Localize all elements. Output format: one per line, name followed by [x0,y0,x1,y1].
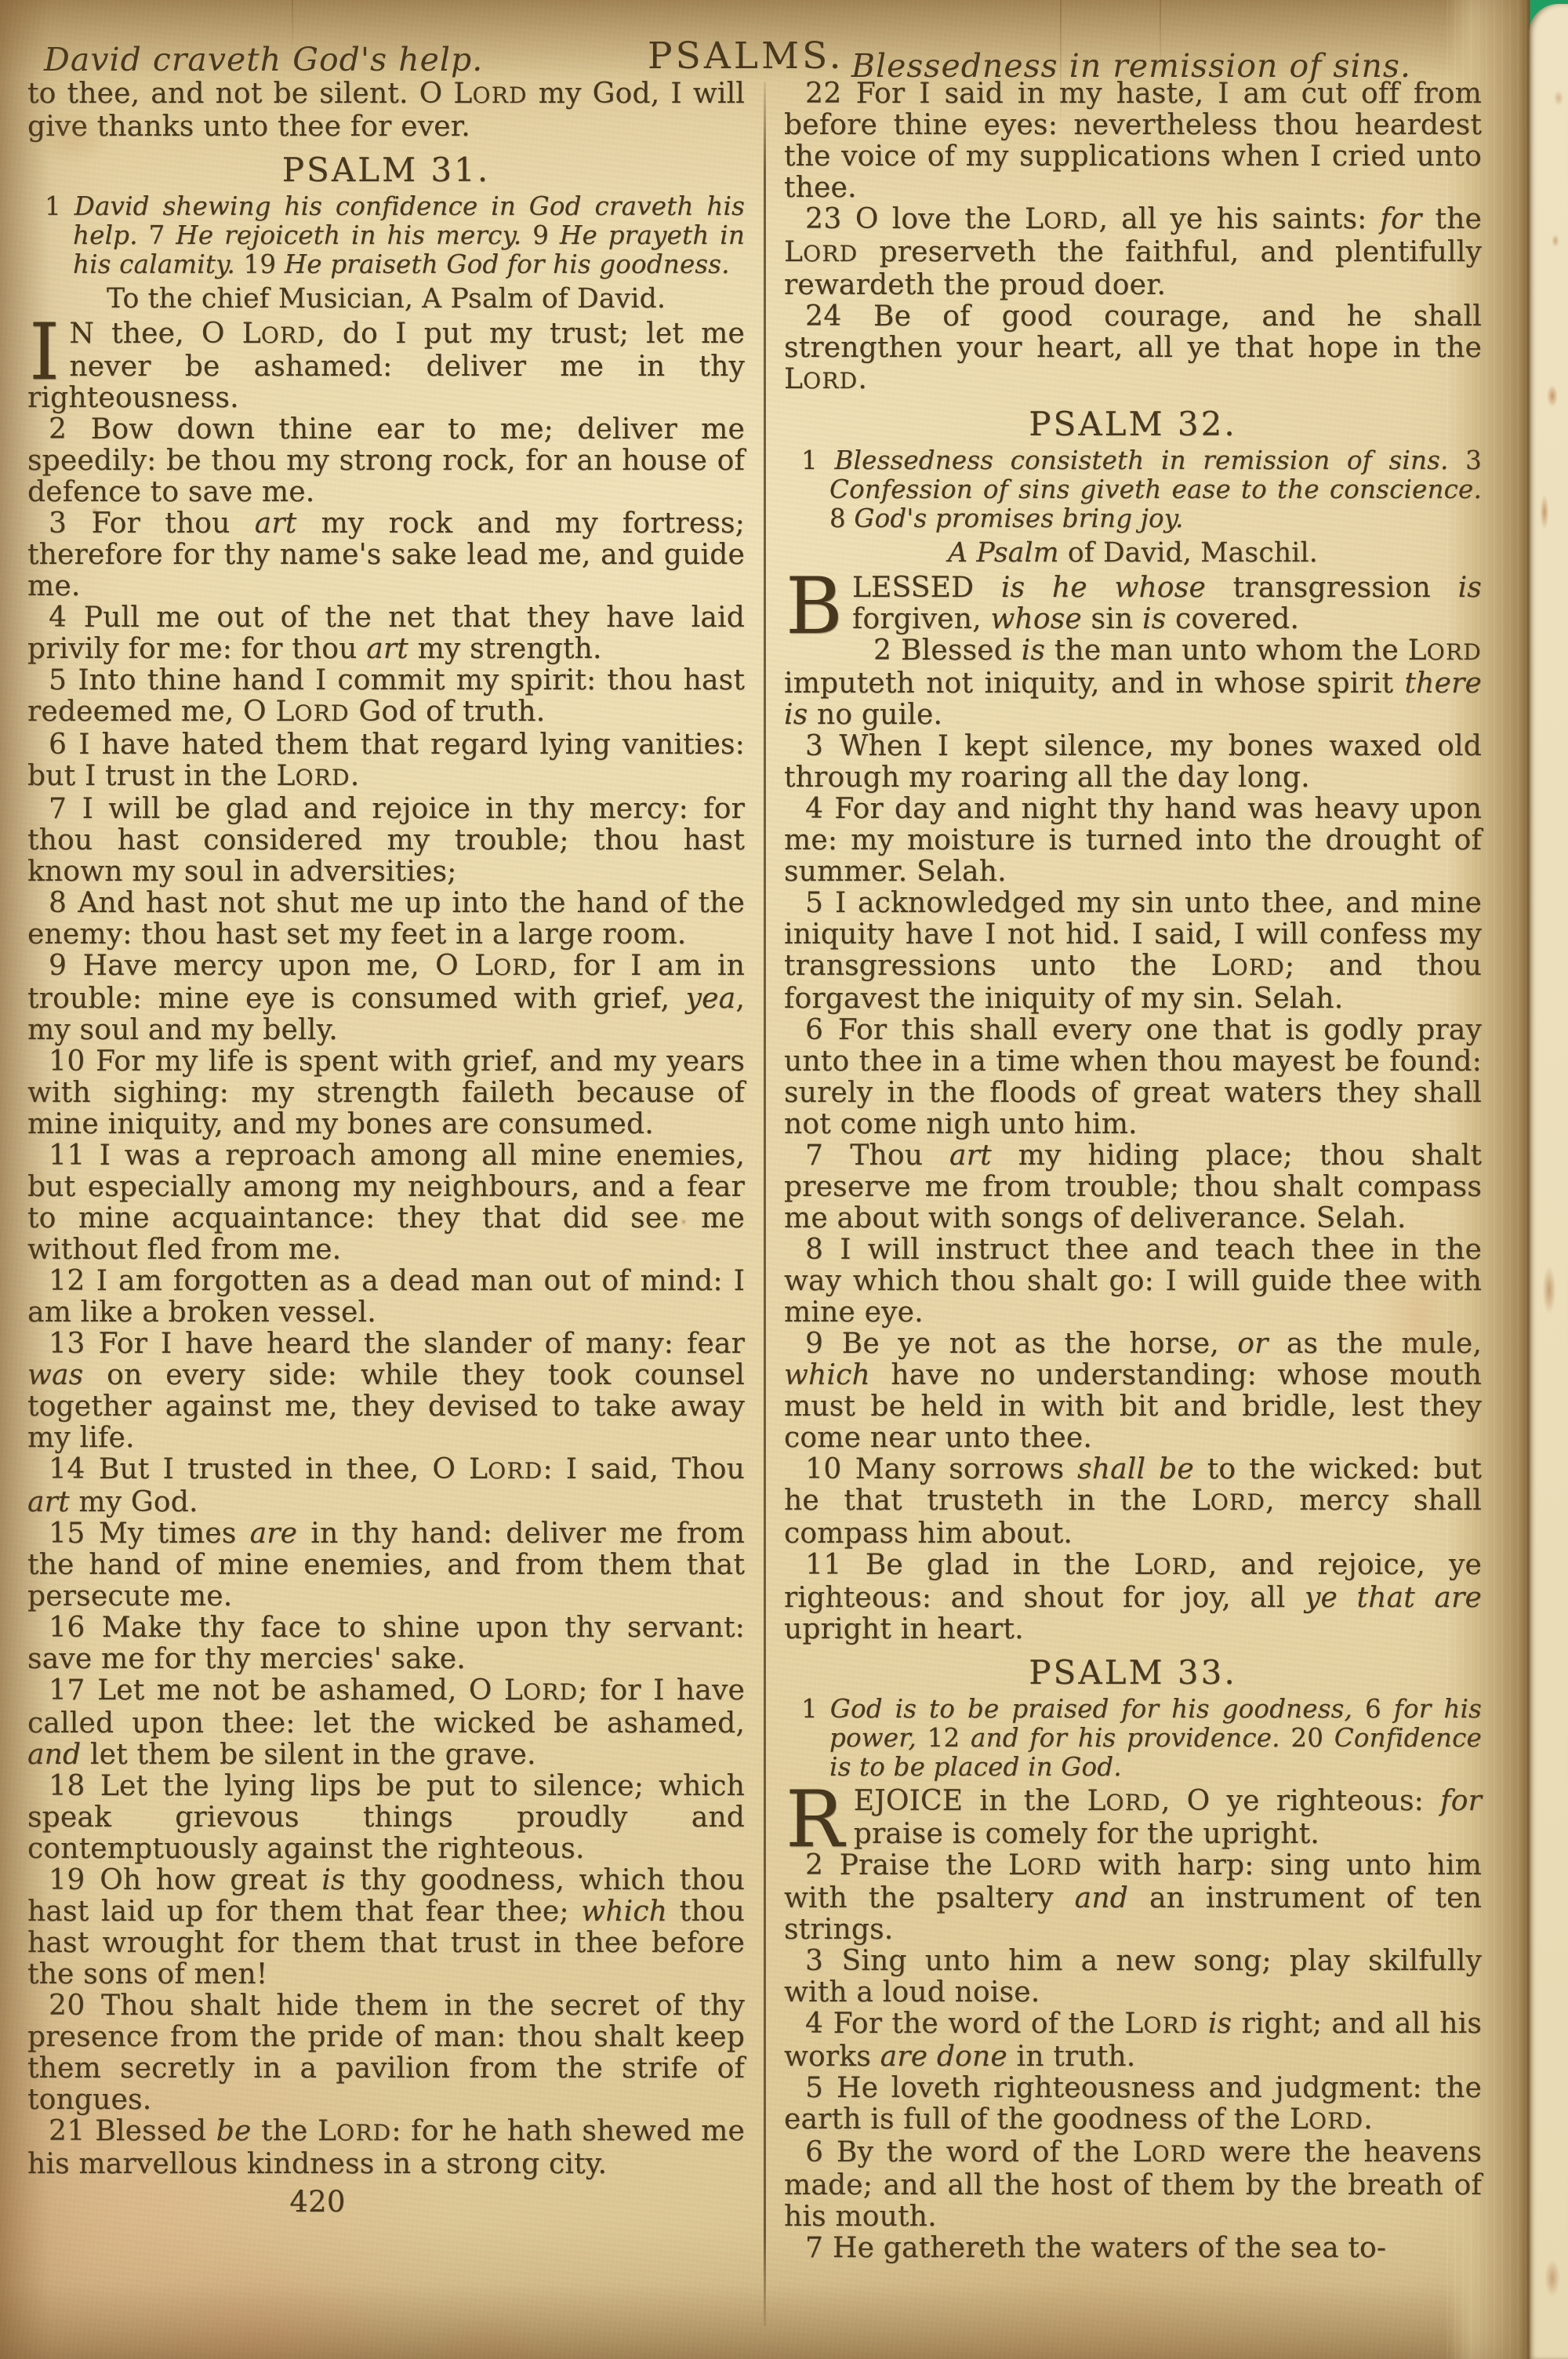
chapter-summary: 1 David shewing his confidence in God cr… [27,192,745,279]
right-column: 22 For I said in my haste, I am cut off … [784,78,1482,2264]
psalm-inscription: A Psalm of David, Maschil. [784,537,1482,569]
small-caps-lord: ORD [803,368,858,394]
verse-number: 7 [805,2232,823,2264]
small-caps-lord: ORD [1427,639,1482,665]
verse: 11 Be glad in the LORD, and rejoice, ye … [784,1550,1482,1645]
verse-number: 19 [49,1864,85,1896]
psalm-inscription: To the chief Musician, A Psalm of David. [27,283,745,314]
small-caps-lord: ORD [1106,1790,1161,1816]
verse-number: 9 [805,1328,823,1360]
verse-number: 24 [805,300,842,333]
verse: 8 I will instruct thee and teach thee in… [784,1234,1482,1329]
verse: 18 Let the lying lips be put to silence;… [27,1771,745,1865]
verse-number: 8 [49,887,67,919]
paper-crease [292,0,293,50]
psalm-heading: PSALM 33. [784,1655,1482,1691]
verse-number: 10 [805,1453,842,1485]
verse-number: 9 [49,950,67,982]
running-head-left: David craveth God's help. [44,41,483,78]
verse-number: 14 [49,1453,85,1485]
small-caps-lord: ORD [261,322,316,348]
verse: 2 Praise the LORD with harp: sing unto h… [784,1850,1482,1946]
verse-number: 3 [805,730,823,762]
verse: 5 I acknowledged my sin unto thee, and m… [784,888,1482,1015]
verse-with-drop-cap: REJOICE in the LORD, O ye righteous: for… [784,1786,1482,1850]
column-divider [764,82,766,2326]
small-caps-lord: ORD [1210,1489,1265,1515]
verse-number: 15 [49,1518,85,1550]
small-caps-lord: ORD [488,1458,543,1484]
verse-number: 11 [805,1549,842,1581]
verse: 12 I am forgotten as a dead man out of m… [27,1266,745,1329]
verse: 5 Into thine hand I commit my spirit: th… [27,665,745,729]
verse: 22 For I said in my haste, I am cut off … [784,78,1482,204]
verse-number: 5 [49,664,67,696]
verse: 17 Let me not be ashamed, O LORD; for I … [27,1675,745,1771]
verse-number: 16 [49,1612,85,1644]
verse-number: 22 [805,78,842,110]
verse: 24 Be of good courage, and he shall stre… [784,301,1482,397]
verse: 14 But I trusted in thee, O LORD: I said… [27,1454,745,1518]
verse-number: 7 [49,793,67,825]
small-caps-lord: ORD [1143,2012,1198,2038]
verse: 4 For day and night thy hand was heavy u… [784,794,1482,888]
verse-number: 12 [49,1265,85,1297]
verse-number: 3 [49,507,67,540]
small-caps-lord: ORD [1044,208,1098,234]
small-caps-lord: ORD [1152,1554,1207,1579]
verse-number: 18 [49,1770,85,1802]
left-column: to thee, and not be silent. O LORD my Go… [27,78,745,2218]
verse: 5 He loveth righteousness and judgment: … [784,2073,1482,2137]
verse-number: 7 [805,1140,823,1172]
verse: 15 My times are in thy hand: deliver me … [27,1518,745,1612]
drop-cap: B [784,572,852,637]
psalm-heading: PSALM 31. [27,152,745,188]
verse: 2 Blessed is the man unto whom the LORD … [784,635,1482,731]
small-caps-lord: ORD [803,241,858,267]
next-page-edge [1529,4,1568,2359]
small-caps-lord: ORD [1152,2141,1207,2167]
verse: 2 Bow down thine ear to me; deliver me s… [27,414,745,508]
verse: 19 Oh how great is thy goodness, which t… [27,1865,745,1990]
verse: 16 Make thy face to shine upon thy serva… [27,1612,745,1675]
verse: 3 For thou art my rock and my fortress; … [27,508,745,602]
verse-continuation: to thee, and not be silent. O LORD my Go… [27,78,745,143]
chapter-summary: 1 Blessedness consisteth in remission of… [784,446,1482,533]
verse-number: 23 [805,203,842,235]
psalm-heading: PSALM 32. [784,406,1482,442]
verse: 21 Blessed be the LORD: for he hath shew… [27,2116,745,2180]
chapter-summary: 1 God is to be praised for his goodness,… [784,1695,1482,1782]
verse: 23 O love the LORD, all ye his saints: f… [784,204,1482,301]
verse-number: 4 [49,602,67,634]
verse: 4 For the word of the LORD is right; and… [784,2008,1482,2073]
verse-number: 10 [49,1045,85,1078]
verse: 20 Thou shalt hide them in the secret of… [27,1990,745,2116]
small-caps-lord: ORD [493,954,548,980]
verse: 7 Thou art my hiding place; thou shalt p… [784,1140,1482,1234]
verse-number: 21 [49,2115,85,2147]
verse: 8 And hast not shut me up into the hand … [27,888,745,951]
verse-with-drop-cap: BLESSED is he whose transgression is for… [784,572,1482,635]
page-number: 420 [27,2186,745,2218]
verse-number: 4 [805,793,823,825]
verse-number: 5 [805,2072,823,2104]
small-caps-lord: ORD [472,82,527,108]
verse-number: 2 [49,413,67,445]
verse: 10 For my life is spent with grief, and … [27,1046,745,1140]
small-caps-lord: ORD [1230,954,1285,980]
paper-crease [1160,0,1161,82]
verse: 13 For I have heard the slander of many:… [27,1329,745,1454]
verse: 3 Sing unto him a new song; play skilful… [784,1946,1482,2008]
verse-number: 20 [49,1990,85,2022]
verse: 6 By the word of the LORD were the heave… [784,2137,1482,2233]
small-caps-lord: ORD [523,1679,578,1705]
verse-with-drop-cap: IN thee, O LORD, do I put my trust; let … [27,318,745,414]
verse: 6 I have hated them that regard lying va… [27,729,745,794]
small-caps-lord: ORD [295,700,350,726]
verse-number: 5 [805,887,823,919]
verse: 9 Have mercy upon me, O LORD, for I am i… [27,951,745,1046]
verse: 3 When I kept silence, my bones waxed ol… [784,731,1482,794]
verse-number: 11 [49,1140,85,1172]
drop-cap: R [784,1786,854,1850]
verse-number: 8 [805,1234,823,1266]
drop-cap: I [27,318,69,383]
verse-number: 3 [805,1945,823,1977]
verse-number: 13 [49,1328,85,1360]
verse-number: 4 [805,2008,823,2040]
verse: 6 For this shall every one that is godly… [784,1015,1482,1140]
verse: 9 Be ye not as the horse, or as the mule… [784,1329,1482,1454]
verse-number: 6 [49,729,67,761]
small-caps-lord: ORD [1027,1854,1082,1880]
verse-number: 2 [805,1849,823,1881]
scanned-bible-page: David craveth God's help. PSALMS. Blesse… [0,0,1568,2359]
small-caps-lord: ORD [1308,2108,1363,2134]
running-head-title: PSALMS. [648,35,844,78]
verse: 10 Many sorrows shall be to the wicked: … [784,1454,1482,1550]
verse-number: 6 [805,2136,823,2168]
verse: 7 I will be glad and rejoice in thy merc… [27,794,745,888]
small-caps-lord: ORD [296,765,350,791]
verse: 4 Pull me out of the net that they have … [27,602,745,665]
verse-number: 6 [805,1014,823,1046]
book-scan-page: { "colors":{ "paper":"#e7d5a7", "ink":"#… [0,0,1568,2359]
verse: 7 He gathereth the waters of the sea to- [784,2233,1482,2264]
verse-number: 2 [873,634,891,667]
verse-number: 17 [49,1674,85,1707]
verse: 11 I was a reproach among all mine enemi… [27,1140,745,1266]
small-caps-lord: ORD [336,2120,391,2146]
paper-crease [1060,0,1062,135]
